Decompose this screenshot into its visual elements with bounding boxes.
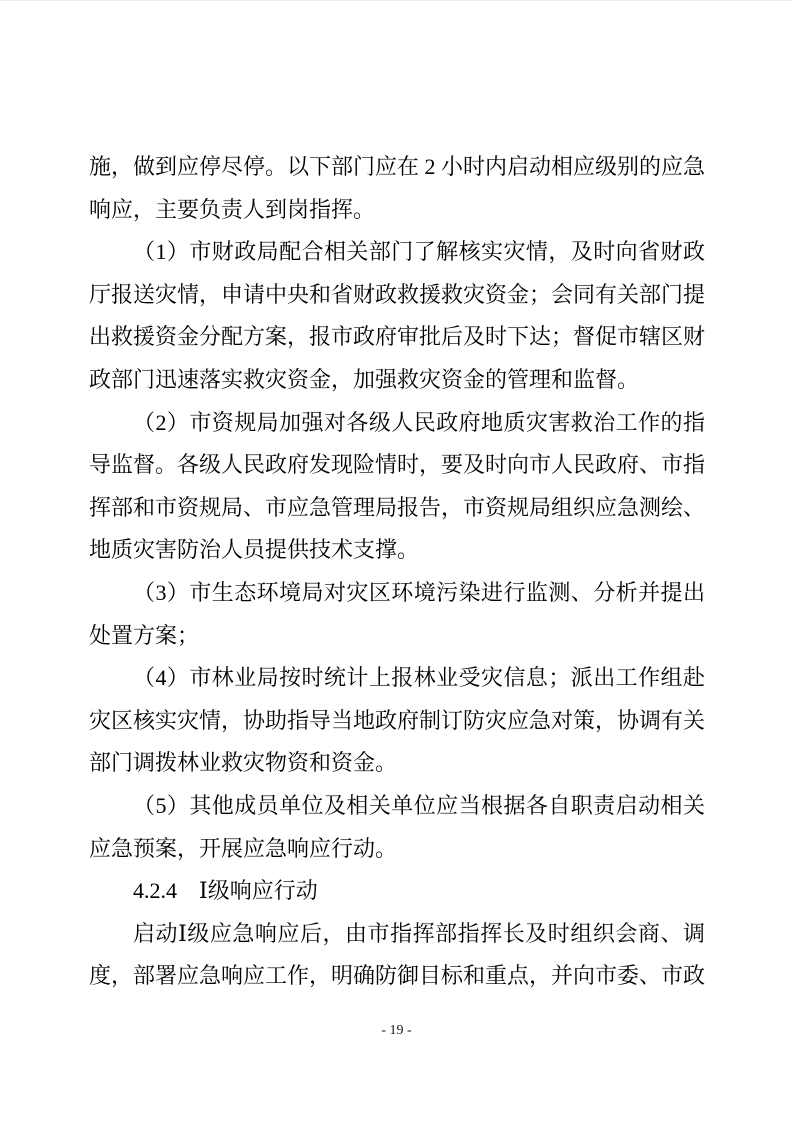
paragraph: （1）市财政局配合相关部门了解核实灾情，及时向省财政厅报送灾情，申请中央和省财政…: [89, 231, 705, 401]
page-number: - 19 -: [381, 1023, 411, 1038]
paragraph: （3）市生态环境局对灾区环境污染进行监测、分析并提出处置方案；: [89, 572, 705, 657]
paragraph: （2）市资规局加强对各级人民政府地质灾害救治工作的指导监督。各级人民政府发现险情…: [89, 402, 705, 572]
paragraph: （5）其他成员单位及相关单位应当根据各自职责启动相关应急预案，开展应急响应行动。: [89, 785, 705, 870]
document-body: 施，做到应停尽停。以下部门应在 2 小时内启动相应级别的应急响应，主要负责人到岗…: [89, 146, 705, 998]
paragraph: 施，做到应停尽停。以下部门应在 2 小时内启动相应级别的应急响应，主要负责人到岗…: [89, 146, 705, 231]
section-heading: 4.2.4 Ⅰ级响应行动: [89, 870, 705, 913]
document-page: 施，做到应停尽停。以下部门应在 2 小时内启动相应级别的应急响应，主要负责人到岗…: [0, 0, 793, 1121]
page-footer: - 19 -: [0, 1022, 793, 1040]
paragraph: （4）市林业局按时统计上报林业受灾信息；派出工作组赴灾区核实灾情，协助指导当地政…: [89, 657, 705, 785]
paragraph: 启动Ⅰ级应急响应后，由市指挥部指挥长及时组织会商、调度，部署应急响应工作，明确防…: [89, 913, 705, 998]
